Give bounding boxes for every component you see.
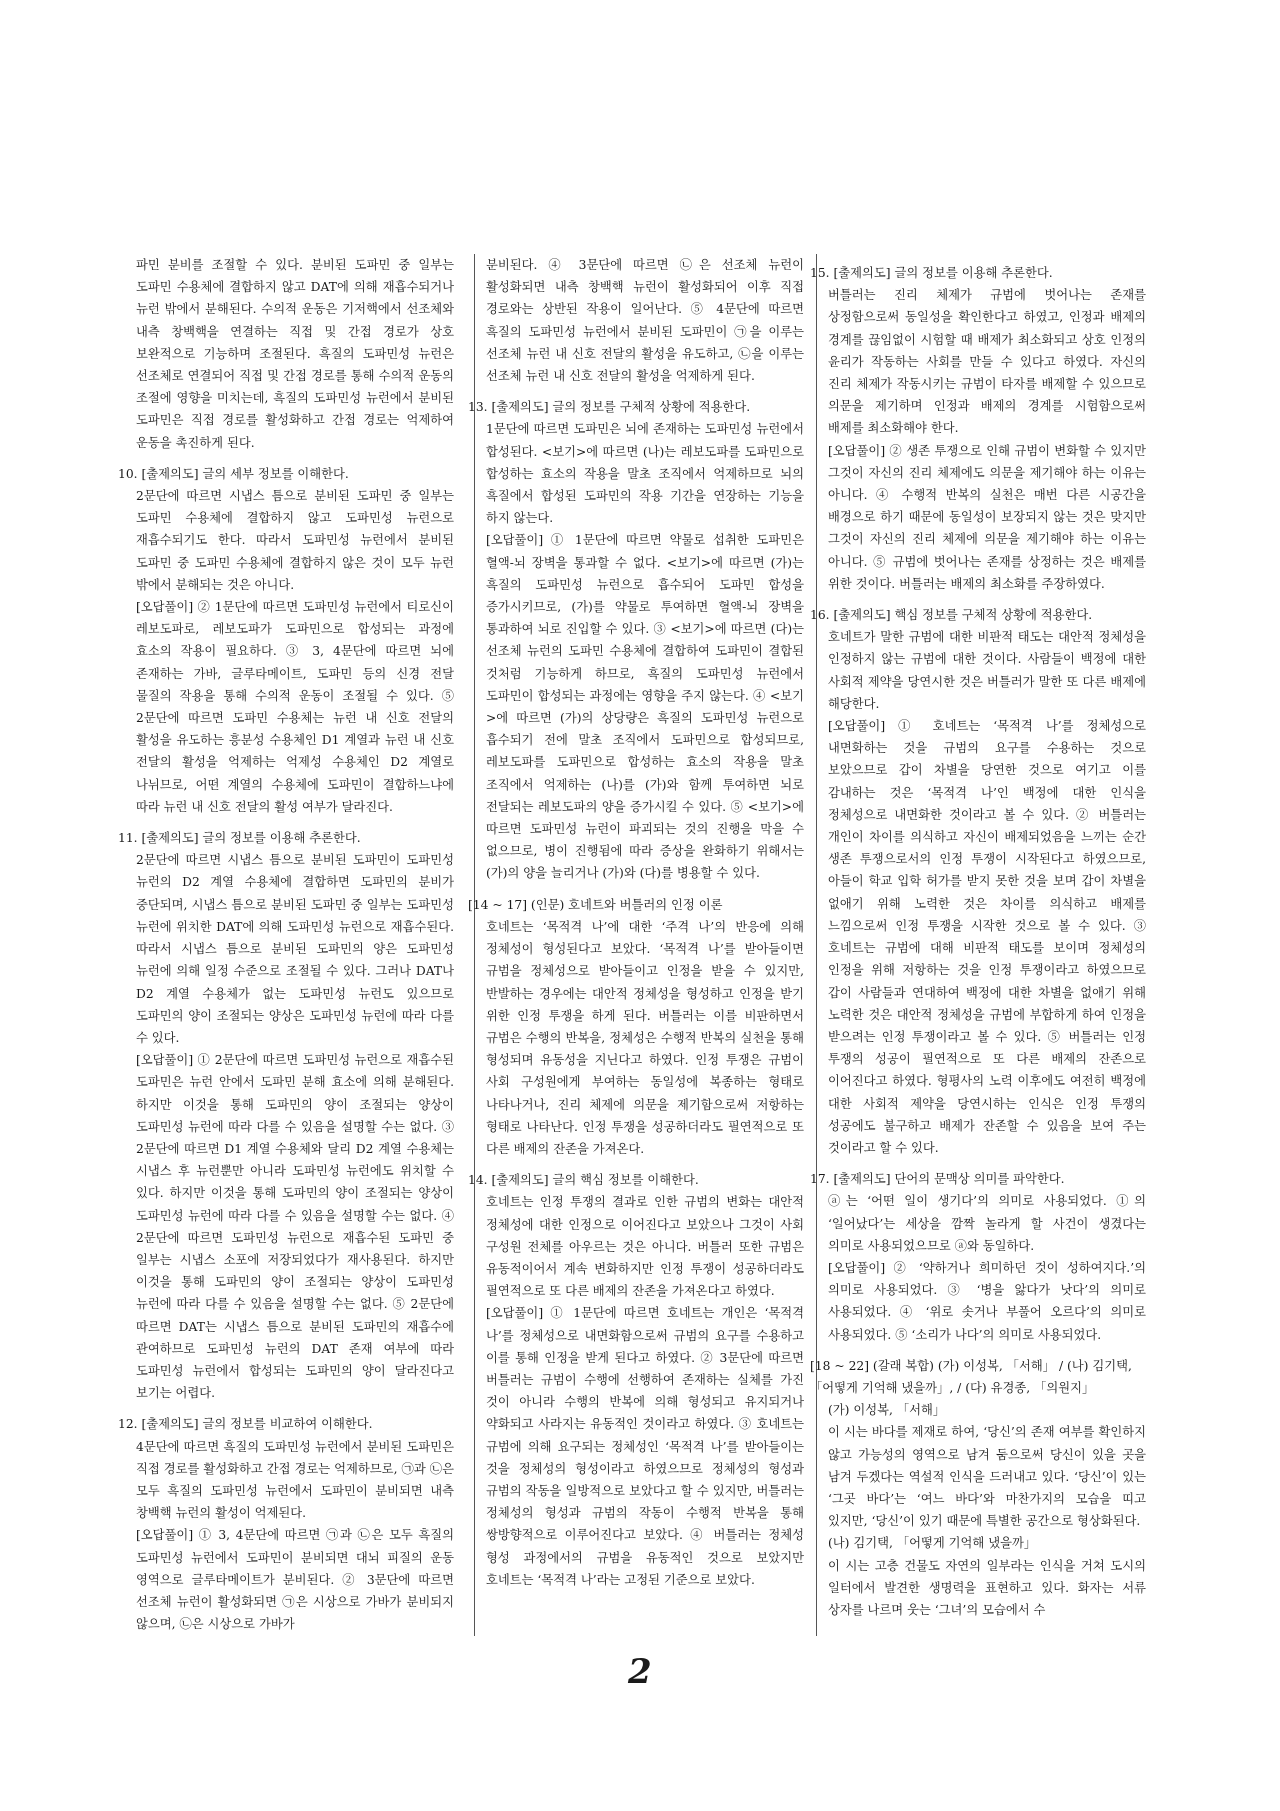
left-column: 파민 분비를 조절할 수 있다. 분비된 도파민 중 일부는 도파민 수용체에 … [136, 254, 454, 1635]
wrong-answer-explanation: [오답풀이] ② 1문단에 따르면 도파민성 뉴런에서 티로신이 레보도파로, … [136, 596, 454, 818]
question-heading-15: 15. [출제의도] 글의 정보를 이용해 추론한다. [810, 262, 1146, 284]
wrong-answer-explanation: [오답풀이] ① 호네트는 ‘목적격 나’를 정체성으로 내면화하는 것을 규범… [828, 715, 1146, 1159]
answer-explanation: 2문단에 따르면 시냅스 틈으로 분비된 도파민 중 일부는 도파민 수용체에 … [136, 485, 454, 596]
answer-explanation: 1문단에 따르면 도파민은 뇌에 존재하는 도파민성 뉴런에서 합성된다. <보… [486, 418, 804, 529]
wrong-answer-explanation: [오답풀이] ① 3, 4문단에 따르면 ㉠과 ㉡은 모두 흑질의 도파민성 뉴… [136, 1524, 454, 1635]
question-heading-17: 17. [출제의도] 단어의 문맥상 의미를 파악한다. [810, 1168, 1146, 1190]
wrong-answer-explanation: [오답풀이] ① 1문단에 따르면 약물로 섭취한 도파민은 혈액-뇌 장벽을 … [486, 529, 804, 884]
column-divider-right [816, 254, 817, 1636]
right-column: 15. [출제의도] 글의 정보를 이용해 추론한다. 버틀러는 진리 체제가 … [828, 262, 1146, 1621]
answer-explanation: 버틀러는 진리 체제가 규범에 벗어나는 존재를 상정함으로써 동일성을 확인한… [828, 284, 1146, 439]
page-number: 2 [628, 1652, 652, 1692]
wrong-answer-explanation: [오답풀이] ② ‘약하거나 희미하던 것이 성하여지다.’의 의미로 사용되었… [828, 1257, 1146, 1346]
question-heading-13: 13. [출제의도] 글의 정보를 구체적 상황에 적용한다. [468, 396, 804, 418]
section-heading-18-22: [18 ~ 22] (갈래 복합) (가) 이성복, 「서해」 / (나) 김기… [810, 1355, 1146, 1399]
wrong-answer-explanation: [오답풀이] ① 1문단에 따르면 호네트는 개인은 ‘목적격 나’를 정체성으… [486, 1302, 804, 1591]
answer-explanation: 호네트는 인정 투쟁의 결과로 인한 규범의 변화는 대안적 정체성에 대한 인… [486, 1191, 804, 1302]
question-heading-16: 16. [출제의도] 핵심 정보를 구체적 상황에 적용한다. [810, 604, 1146, 626]
answer-explanation: 호네트가 말한 규범에 대한 비판적 태도는 대안적 정체성을 인정하지 않는 … [828, 626, 1146, 715]
question-heading-14: 14. [출제의도] 글의 핵심 정보를 이해한다. [468, 1169, 804, 1191]
column-divider-left [474, 254, 475, 1636]
middle-column: 분비된다. ④ 3문단에 따르면 ㉡은 선조체 뉴런이 활성화되면 내측 창백핵… [486, 254, 804, 1591]
section-heading-14-17: [14 ~ 17] (인문) 호네트와 버틀러의 인정 이론 [468, 894, 804, 916]
paragraph: 분비된다. ④ 3문단에 따르면 ㉡은 선조체 뉴런이 활성화되면 내측 창백핵… [486, 254, 804, 387]
answer-explanation: ⓐ는 ‘어떤 일이 생기다’의 의미로 사용되었다. ①의 ‘일어났다’는 세상… [828, 1190, 1146, 1257]
poem-title-na: (나) 김기택, 「어떻게 기억해 냈을까」 [828, 1532, 1146, 1554]
answer-explanation: 4문단에 따르면 흑질의 도파민성 뉴런에서 분비된 도파민은 직접 경로를 활… [136, 1436, 454, 1525]
question-heading-11: 11. [출제의도] 글의 정보를 이용해 추론한다. [118, 827, 454, 849]
poem-summary-ga: 이 시는 바다를 제재로 하여, ‘당신’의 존재 여부를 확인하지 않고 가능… [828, 1421, 1146, 1532]
paragraph: 파민 분비를 조절할 수 있다. 분비된 도파민 중 일부는 도파민 수용체에 … [136, 254, 454, 454]
wrong-answer-explanation: [오답풀이] ① 2문단에 따르면 도파민성 뉴런으로 재흡수된 도파민은 뉴런… [136, 1049, 454, 1404]
question-heading-12: 12. [출제의도] 글의 정보를 비교하여 이해한다. [118, 1413, 454, 1435]
passage-summary: 호네트는 ‘목적격 나’에 대한 ‘주격 나’의 반응에 의해 정체성이 형성된… [486, 916, 804, 1160]
poem-title-ga: (가) 이성복, 「서해」 [828, 1399, 1146, 1421]
poem-summary-na: 이 시는 고층 건물도 자연의 일부라는 인식을 거쳐 도시의 일터에서 발견한… [828, 1555, 1146, 1622]
wrong-answer-explanation: [오답풀이] ② 생존 투쟁으로 인해 규범이 변화할 수 있지만 그것이 자신… [828, 440, 1146, 595]
answer-explanation: 2문단에 따르면 시냅스 틈으로 분비된 도파민이 도파민성 뉴런의 D2 계열… [136, 849, 454, 1049]
question-heading-10: 10. [출제의도] 글의 세부 정보를 이해한다. [118, 463, 454, 485]
